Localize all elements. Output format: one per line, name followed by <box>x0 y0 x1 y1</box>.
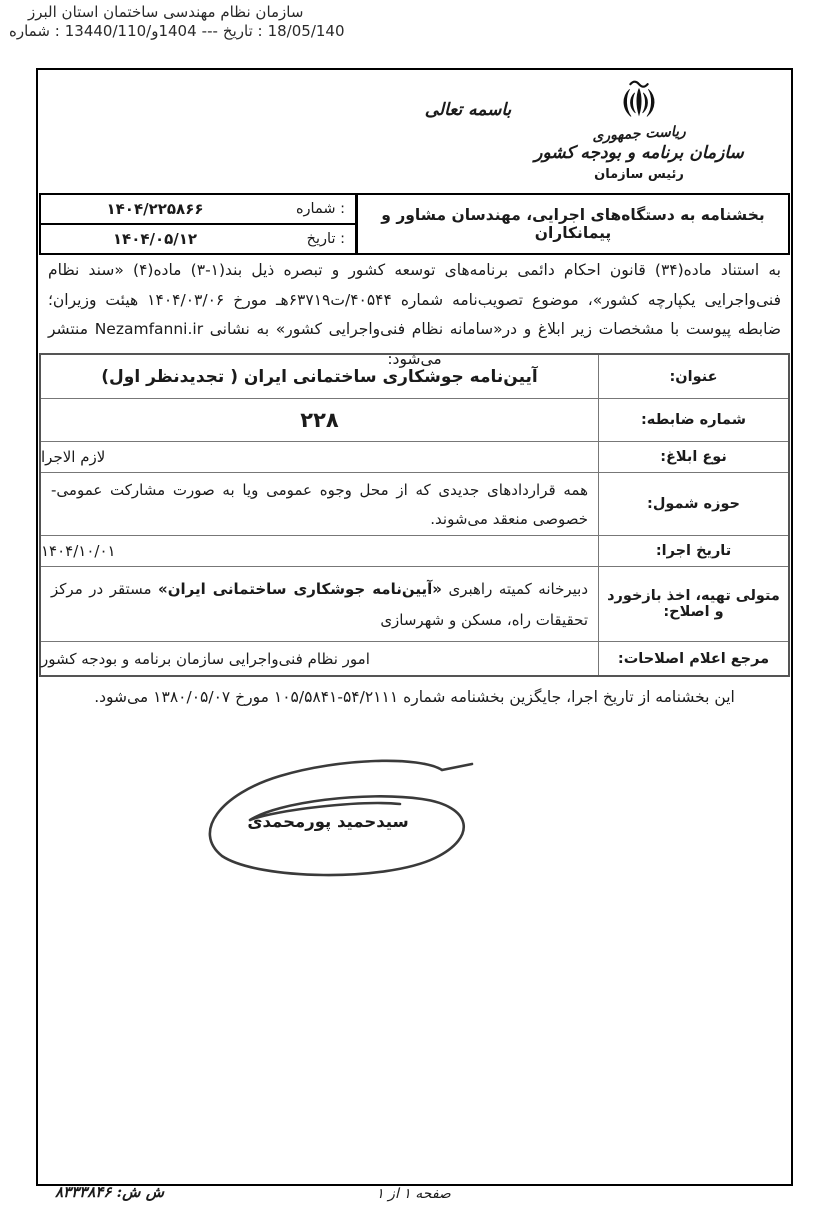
regulation-number-label: شماره ضابطه: <box>598 399 788 441</box>
letterhead-role: رئیس سازمان <box>529 167 749 182</box>
letterhead: ریاست جمهوری سازمان برنامه و بودجه کشور … <box>529 76 749 182</box>
scope-value: همه قراردادهای جدیدی که از محل وجوه عموم… <box>41 473 598 535</box>
iran-emblem-icon <box>616 76 662 124</box>
regulation-info-table: آیین‌نامه جوشکاری ساختمانی ایران ( تجدید… <box>39 353 790 677</box>
table-row: امور نظام فنی‌واجرایی سازمان برنامه و بو… <box>41 641 788 675</box>
effective-date-label: تاریخ اجرا: <box>598 536 788 566</box>
title-value: آیین‌نامه جوشکاری ساختمانی ایران ( تجدید… <box>41 355 598 398</box>
ref-separator: --- <box>202 22 218 40</box>
scope-label: حوزه شمول: <box>598 473 788 535</box>
ref-number-value: 13440/110/و1404 <box>65 22 197 40</box>
table-row: ۱۴۰۴/۱۰/۰۱ تاریخ اجرا: <box>41 535 788 566</box>
circular-number-value: ۱۴۰۴/۲۲۵۸۶۶ <box>41 200 269 218</box>
table-row: آیین‌نامه جوشکاری ساختمانی ایران ( تجدید… <box>41 355 788 398</box>
circular-subject: بخشنامه به دستگاه‌های اجرایی، مهندسان مش… <box>358 206 788 242</box>
receiving-org-name: سازمان نظام مهندسی ساختمان استان البرز <box>28 3 303 21</box>
document-frame: ریاست جمهوری سازمان برنامه و بودجه کشور … <box>36 68 793 1186</box>
table-row: لازم الاجرا نوع ابلاغ: <box>41 441 788 472</box>
custodian-label: متولی تهیه، اخذ بازخورد و اصلاح: <box>598 567 788 641</box>
ref-date-label: تاریخ : <box>223 22 263 40</box>
circular-ref-row: ۱۴۰۴/۲۲۵۸۶۶ شماره : ۱۴۰۴/۰۵/۱۲ تاریخ : ب… <box>39 193 790 255</box>
effective-date-value: ۱۴۰۴/۱۰/۰۱ <box>41 536 598 566</box>
amendments-authority-label: مرجع اعلام اصلاحات: <box>598 642 788 675</box>
ref-number-label: شماره : <box>9 22 60 40</box>
signer-name: سیدحمید پورمحمدی <box>247 812 408 831</box>
regulation-number-value: ۲۲۸ <box>41 399 598 441</box>
circular-date-value: ۱۴۰۴/۰۵/۱۲ <box>41 230 269 248</box>
circular-subject-cell: بخشنامه به دستگاه‌های اجرایی، مهندسان مش… <box>357 193 790 255</box>
date-row: ۱۴۰۴/۰۵/۱۲ تاریخ : <box>41 223 355 253</box>
circular-number-label: شماره : <box>269 201 355 217</box>
title-label: عنوان: <box>598 355 788 398</box>
receiving-org-ref-line: شماره : 13440/110/و1404 --- تاریخ : 18/0… <box>9 22 345 40</box>
table-row: دبیرخانه کمیته راهبری «آیین‌نامه جوشکاری… <box>41 566 788 641</box>
registration-number: ش ش: ۸۳۳۳۸۴۶ <box>55 1183 164 1201</box>
notification-type-label: نوع ابلاغ: <box>598 442 788 472</box>
custodian-value: دبیرخانه کمیته راهبری «آیین‌نامه جوشکاری… <box>41 567 598 641</box>
amendments-authority-value: امور نظام فنی‌واجرایی سازمان برنامه و بو… <box>41 642 598 675</box>
signature-block: سیدحمید پورمحمدی <box>180 748 495 890</box>
replacement-note: این بخشنامه از تاریخ اجرا، جایگزین بخشنا… <box>38 688 791 706</box>
number-date-table: ۱۴۰۴/۲۲۵۸۶۶ شماره : ۱۴۰۴/۰۵/۱۲ تاریخ : <box>39 193 357 255</box>
table-row: ۲۲۸ شماره ضابطه: <box>41 398 788 441</box>
table-row: همه قراردادهای جدیدی که از محل وجوه عموم… <box>41 472 788 535</box>
circular-date-label: تاریخ : <box>269 231 355 247</box>
basmala: باسمه تعالی <box>383 100 553 120</box>
notification-type-value: لازم الاجرا <box>41 442 598 472</box>
number-row: ۱۴۰۴/۲۲۵۸۶۶ شماره : <box>41 195 355 223</box>
ref-date-value: 18/05/140 <box>268 22 345 40</box>
